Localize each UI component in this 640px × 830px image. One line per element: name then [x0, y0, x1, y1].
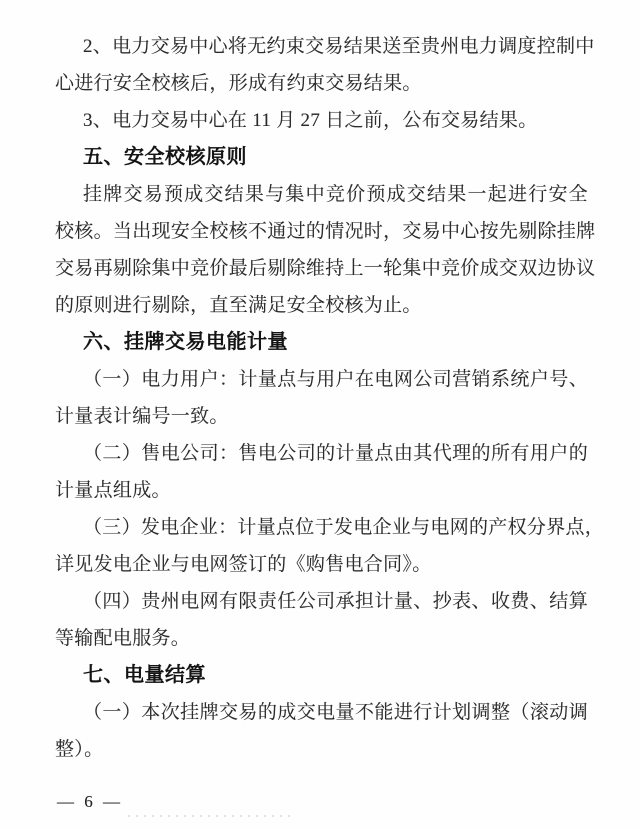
document-page: 2、电力交易中心将无约束交易结果送至贵州电力调度控制中心进行安全校核后，形成有约…	[0, 0, 640, 830]
text-line: 心进行安全校核后，形成有约束交易结果。	[55, 65, 588, 102]
paragraph: （四）贵州电网有限责任公司承担计量、抄表、收费、结算等输配电服务。	[55, 583, 588, 657]
text-line: 五、安全校核原则	[55, 139, 588, 176]
text-line: 校核。当出现安全校核不通过的情况时，交易中心按先剔除挂牌	[55, 213, 588, 250]
text-line: （一）电力用户：计量点与用户在电网公司营销系统户号、	[55, 361, 588, 398]
paragraph: （一）电力用户：计量点与用户在电网公司营销系统户号、计量表计编号一致。	[55, 361, 588, 435]
document-body: 2、电力交易中心将无约束交易结果送至贵州电力调度控制中心进行安全校核后，形成有约…	[55, 28, 588, 768]
paragraph: 2、电力交易中心将无约束交易结果送至贵州电力调度控制中心进行安全校核后，形成有约…	[55, 28, 588, 102]
text-line: （二）售电公司：售电公司的计量点由其代理的所有用户的	[55, 435, 588, 472]
text-line: 2、电力交易中心将无约束交易结果送至贵州电力调度控制中	[55, 28, 588, 65]
text-line: （四）贵州电网有限责任公司承担计量、抄表、收费、结算	[55, 583, 588, 620]
paragraph: （二）售电公司：售电公司的计量点由其代理的所有用户的计量点组成。	[55, 435, 588, 509]
text-line: 挂牌交易预成交结果与集中竞价预成交结果一起进行安全	[55, 176, 588, 213]
scan-artifact-smudge	[128, 815, 296, 817]
section-heading: 七、电量结算	[55, 657, 588, 694]
text-line: （三）发电企业：计量点位于发电企业与电网的产权分界点，	[55, 509, 588, 546]
text-line: 整）。	[55, 731, 588, 768]
text-line: 等输配电服务。	[55, 620, 588, 657]
text-line: 的原则进行剔除，直至满足安全校核为止。	[55, 287, 588, 324]
text-line: （一）本次挂牌交易的成交电量不能进行计划调整（滚动调	[55, 694, 588, 731]
text-line: 交易再剔除集中竞价最后剔除维持上一轮集中竞价成交双边协议	[55, 250, 588, 287]
paragraph: （一）本次挂牌交易的成交电量不能进行计划调整（滚动调整）。	[55, 694, 588, 768]
paragraph: 3、电力交易中心在 11 月 27 日之前，公布交易结果。	[55, 102, 588, 139]
text-line: 3、电力交易中心在 11 月 27 日之前，公布交易结果。	[55, 102, 588, 139]
text-line: 计量点组成。	[55, 472, 588, 509]
page-number: — 6 —	[57, 792, 123, 812]
text-line: 详见发电企业与电网签订的《购售电合同》。	[55, 546, 588, 583]
paragraph: 挂牌交易预成交结果与集中竞价预成交结果一起进行安全校核。当出现安全校核不通过的情…	[55, 176, 588, 324]
text-line: 六、挂牌交易电能计量	[55, 324, 588, 361]
section-heading: 五、安全校核原则	[55, 139, 588, 176]
text-line: 计量表计编号一致。	[55, 398, 588, 435]
text-line: 七、电量结算	[55, 657, 588, 694]
paragraph: （三）发电企业：计量点位于发电企业与电网的产权分界点，详见发电企业与电网签订的《…	[55, 509, 588, 583]
section-heading: 六、挂牌交易电能计量	[55, 324, 588, 361]
